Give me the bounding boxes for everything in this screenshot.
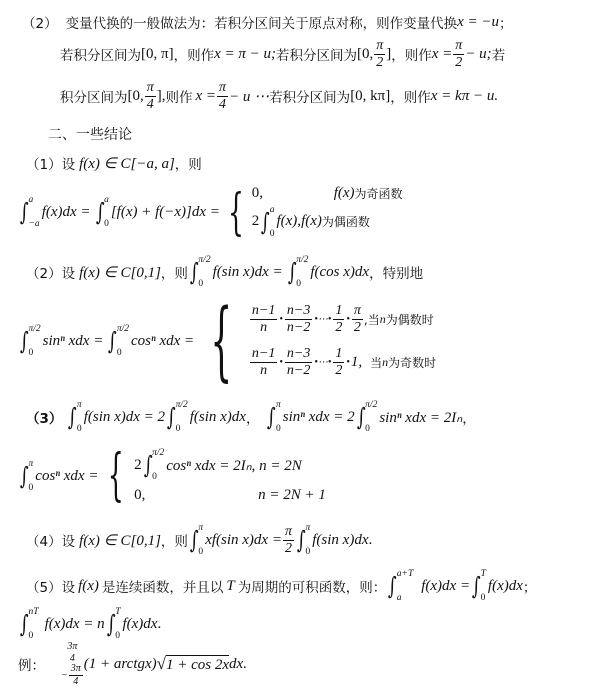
integrand: cosⁿ xdx = — [35, 468, 98, 485]
integral-sign: ∫π0 — [188, 523, 203, 557]
text: ，则 — [161, 530, 188, 550]
conclusion-2-header: （2）设 f(x) ∈ C[0,1] ，则 ∫π/20 f(sin x)dx =… — [26, 254, 423, 290]
text: ，则作 — [174, 44, 215, 64]
integral-sign: ∫π/20 — [188, 255, 211, 289]
integrand: f(sin x)dx — [312, 532, 368, 549]
fraction: π2 — [283, 525, 294, 556]
fraction: π4 — [145, 81, 156, 112]
punct: ； — [523, 576, 537, 596]
text: 则作 — [166, 86, 193, 106]
interval-suffix: ], — [157, 88, 166, 105]
item-label: （1）设 — [26, 153, 75, 173]
case-odd: 0, n = 2N + 1 — [134, 487, 326, 504]
integrand: f(x)dx — [122, 616, 157, 633]
integrand: sinⁿ xdx = — [43, 333, 104, 350]
text: ，特别地 — [369, 262, 423, 282]
interval: [0, kπ] — [350, 88, 390, 105]
integrand: f(cos x)dx — [310, 264, 369, 281]
conclusion-1-formula: ∫a−a f(x)dx = ∫a0 [f(x) + f(−x)]dx = { 0… — [18, 182, 403, 242]
punct: ； — [499, 12, 513, 32]
left-brace: { — [108, 448, 124, 504]
integrand: sinⁿ xdx = 2 — [283, 409, 355, 426]
text: ，则 — [161, 262, 188, 282]
punct: . — [157, 616, 161, 633]
integral-sign: ∫a+Ta — [386, 569, 413, 603]
conclusion-5-line: （5）设 f(x) 是连续函数，并且以 T 为周期的可积函数，则： ∫a+Ta … — [26, 568, 536, 604]
case-even: 2 ∫a0 f(x), f(x) 为偶函数 — [252, 205, 403, 239]
integrand: [f(x) + f(−x)]dx = — [111, 204, 220, 221]
formula: x = −u — [457, 14, 499, 31]
text: 若积分区间为 — [276, 44, 357, 64]
integral-sign: ∫π0 — [265, 400, 280, 434]
item-label: （3） — [26, 407, 62, 427]
item-label: （5）设 — [26, 576, 75, 596]
integrand: f(x)dx = n — [45, 616, 105, 633]
substitution-line-2: 若积分区间为 [0, π] ，则作 x = π − u; 若积分区间为 [0, … — [60, 34, 505, 74]
text: 为周期的可积函数，则： — [238, 576, 387, 596]
fraction: π2 — [374, 39, 385, 70]
formula: − u; — [465, 46, 491, 63]
text: 积分区间为 — [60, 86, 128, 106]
case-odd: 0, f(x) 为奇函数 — [252, 185, 403, 202]
integrand: cosⁿ xdx = — [131, 333, 194, 350]
integrand: f(sin x)dx — [190, 409, 246, 426]
integral-sign: ∫π/20 — [165, 400, 188, 434]
formula: f(x) — [78, 578, 99, 595]
sqrt-icon: √ — [157, 654, 166, 674]
integral-sign: ∫nT0 — [18, 607, 39, 641]
left-brace: { — [211, 298, 233, 384]
interval-prefix: [0, — [128, 88, 144, 105]
conclusion-1-header: （1）设 f(x) ∈ C[−a, a] ，则 — [26, 153, 202, 173]
integral-sign: ∫T0 — [470, 569, 486, 603]
integral-sign: ∫π/20 — [106, 324, 129, 358]
cases: 0, f(x) 为奇函数 2 ∫a0 f(x), f(x) 为偶函数 — [252, 184, 403, 240]
conclusion-3-line: （3） ∫π0 f(sin x)dx = 2 ∫π/20 f(sin x)dx … — [26, 398, 476, 436]
condition: f(x) ∈ C[0,1] — [79, 531, 161, 550]
substitution-line-1: （2） 变量代换的一般做法为：若积分区间关于原点对称，则作变量代换 x = −u… — [22, 12, 513, 32]
punct: ， — [462, 407, 476, 427]
item-label: （4）设 — [26, 530, 75, 550]
cases: n−1n• n−3n−2•⋯• 12• π2 ,当n为偶数时 n−1n• n−3… — [249, 298, 436, 384]
integral-sign: ∫π0 — [66, 400, 81, 434]
fraction: π2 — [453, 39, 464, 70]
condition: f(x) ∈ C[−a, a] — [79, 154, 175, 173]
text: 若积分区间为 — [60, 44, 141, 64]
interval: [0, π] — [141, 46, 174, 63]
integrand: dx. — [229, 656, 247, 673]
integrand: (1 + arctgx) — [84, 656, 157, 673]
item-label: （2）设 — [26, 262, 75, 282]
condition: f(x) ∈ C[0,1] — [79, 263, 161, 282]
example-line: 例： 3π4 −3π4 (1 + arctgx) √ 1 + cos 2x dx… — [18, 648, 247, 680]
cases: 2 ∫π/20 cosⁿ xdx = 2Iₙ, n = 2N 0, n = 2N… — [134, 446, 326, 506]
text: ，则 — [175, 153, 202, 173]
integral-sign: ∫π/20 — [142, 448, 165, 482]
formula: − u ⋯ — [229, 87, 269, 106]
integrand: sinⁿ xdx = 2Iₙ — [379, 408, 462, 427]
formula: x = — [196, 88, 217, 105]
integral-sign: ∫a0 — [259, 205, 274, 239]
text: ，则作 — [391, 44, 432, 64]
conclusion-5-line-2: ∫nT0 f(x)dx = n ∫T0 f(x)dx . — [18, 606, 161, 642]
integral-sign: ∫π0 — [18, 459, 33, 493]
case-odd: n−1n• n−3n−2•⋯• 12• 1, 当n为奇数时 — [249, 347, 436, 378]
formula: T — [226, 578, 234, 595]
substitution-text: 变量代换的一般做法为：若积分区间关于原点对称，则作变量代换 — [66, 12, 458, 32]
integral-sign: ∫π/20 — [355, 400, 378, 434]
conclusion-3-cos-formula: ∫π0 cosⁿ xdx = { 2 ∫π/20 cosⁿ xdx = 2Iₙ,… — [18, 446, 326, 506]
text: 若积分区间为 — [269, 86, 350, 106]
formula: x = — [432, 46, 453, 63]
integrand: f(sin x)dx = — [213, 264, 283, 281]
substitution-line-3: 积分区间为 [0, π4 ], 则作 x = π4 − u ⋯ 若积分区间为 [… — [60, 76, 498, 116]
integrand: f(x)dx = — [42, 204, 91, 221]
punct: ， — [246, 407, 260, 427]
integrand: f(x)dx = — [421, 578, 470, 595]
punct: . — [368, 532, 372, 549]
integral-sign: ∫a−a — [18, 195, 40, 229]
fraction: π4 — [217, 81, 228, 112]
conclusion-2-formula: ∫π/20 sinⁿ xdx = ∫π/20 cosⁿ xdx = { n−1n… — [18, 298, 436, 384]
text: ，则作 — [390, 86, 431, 106]
left-brace: { — [228, 187, 244, 237]
integrand: xf(sin x)dx = — [205, 532, 282, 549]
text: 若 — [492, 44, 506, 64]
integrand: f(x)dx — [488, 578, 523, 595]
case-even: n−1n• n−3n−2•⋯• 12• π2 ,当n为偶数时 — [249, 304, 436, 335]
integral-sign: ∫π0 — [295, 523, 310, 557]
integral-sign: ∫π/20 — [286, 255, 309, 289]
formula: x = π − u; — [214, 46, 276, 63]
integral-sign: ∫π/20 — [18, 324, 41, 358]
integral-sign: ∫T0 — [105, 607, 121, 641]
text: 是连续函数，并且以 — [102, 576, 224, 596]
item-label: （2） — [22, 12, 58, 32]
interval-prefix: [0, — [357, 46, 373, 63]
integrand: f(sin x)dx = 2 — [84, 409, 165, 426]
example-label: 例： — [18, 654, 45, 674]
section-title: 二、一些结论 — [48, 124, 132, 144]
case-even: 2 ∫π/20 cosⁿ xdx = 2Iₙ, n = 2N — [134, 448, 326, 482]
integral-limits: 3π4 −3π4 — [61, 642, 84, 687]
sqrt-content: 1 + cos 2x — [166, 655, 229, 674]
integral-sign: ∫a0 — [94, 195, 109, 229]
formula: x = kπ − u. — [431, 88, 498, 105]
conclusion-4-line: （4）设 f(x) ∈ C[0,1] ，则 ∫π0 xf(sin x)dx = … — [26, 520, 372, 560]
